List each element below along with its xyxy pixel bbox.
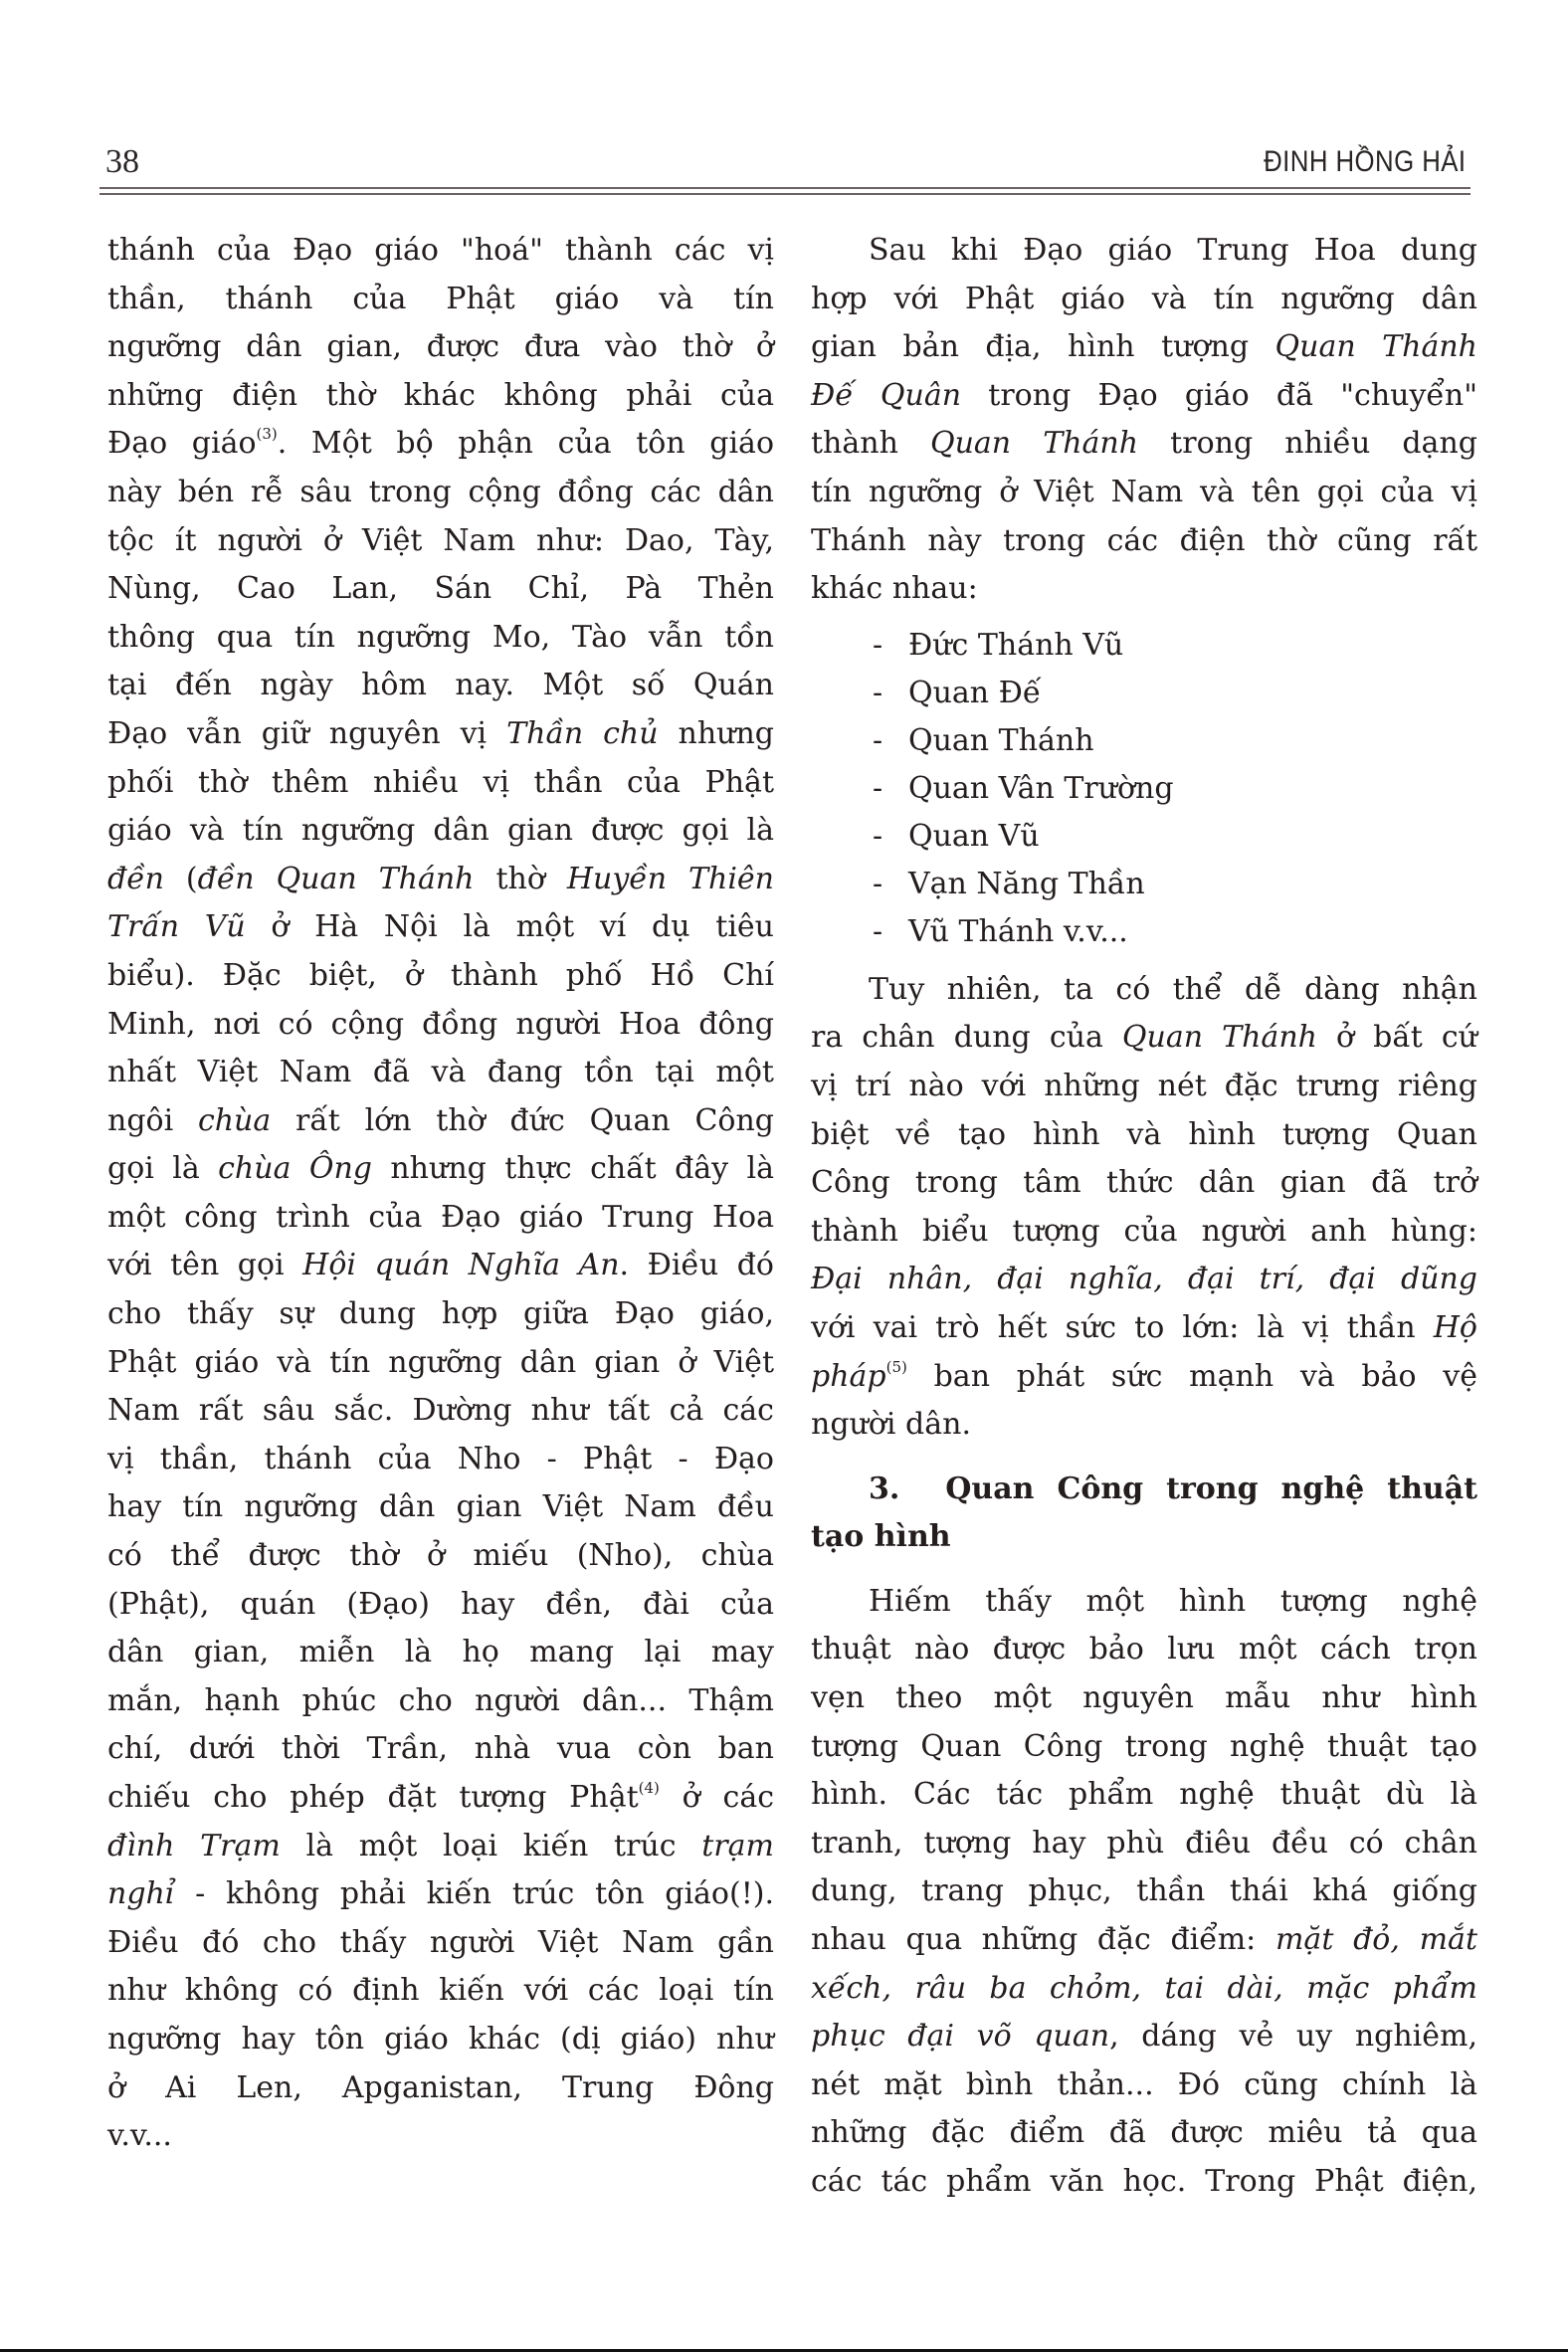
text-line: tranh, tượng hay phù điêu đều có chân bbox=[811, 1820, 1477, 1868]
text-line: nét mặt bình thản... Đó cũng chính là bbox=[811, 2061, 1477, 2110]
text-line: nhau qua những đặc điểm: mặt đỏ, mắt bbox=[811, 1916, 1477, 1965]
text-line-with-footnote: pháp(5) ban phát sức mạnh và bảo vệ bbox=[811, 1353, 1477, 1402]
text-line: thánh của Đạo giáo "hoá" thành các vị bbox=[107, 227, 774, 276]
text-line: giáo và tín ngưỡng dân gian được gọi là bbox=[107, 807, 774, 856]
text-line: thần, thánh của Phật giáo và tín bbox=[107, 276, 774, 324]
text-line: Công trong tâm thức dân gian đã trở bbox=[811, 1159, 1477, 1208]
text-line: Nam rất sâu sắc. Dường như tất cả các bbox=[107, 1387, 774, 1436]
text-line: v.v... bbox=[107, 2112, 774, 2161]
text-line: có thể được thờ ở miếu (Nho), chùa bbox=[107, 1532, 774, 1581]
text-line: phục đại võ quan, dáng vẻ uy nghiêm, bbox=[811, 2013, 1477, 2061]
list-item: -Quan Vân Trường bbox=[811, 765, 1477, 813]
text-line: Đạo vẫn giữ nguyên vị Thần chủ nhưng bbox=[107, 710, 774, 759]
section-heading: 3. Quan Công trong nghệ thuật tạo hình bbox=[811, 1466, 1477, 1562]
dash-bullet-icon: - bbox=[873, 861, 882, 908]
text-line: hình. Các tác phẩm nghệ thuật dù là bbox=[811, 1771, 1477, 1820]
text-line: thuật nào được bảo lưu một cách trọn bbox=[811, 1626, 1477, 1674]
text-line: Đế Quân trong Đạo giáo đã "chuyển" bbox=[811, 372, 1477, 421]
list-item: -Quan Đế bbox=[811, 670, 1477, 717]
section-number: 3. bbox=[869, 1471, 899, 1506]
text-line: các tác phẩm văn học. Trong Phật điện, bbox=[811, 2158, 1477, 2207]
footnote-ref: (5) bbox=[886, 1358, 907, 1376]
text-line-with-footnote: chiếu cho phép đặt tượng Phật(4) ở các bbox=[107, 1774, 774, 1823]
dash-bullet-icon: - bbox=[873, 765, 882, 813]
text-line: vẹn theo một nguyên mẫu như hình bbox=[811, 1674, 1477, 1723]
text-line: gọi là chùa Ông nhưng thực chất đây là bbox=[107, 1145, 774, 1194]
text-line: nghỉ - không phải kiến trúc tôn giáo(!). bbox=[107, 1870, 774, 1919]
dash-bullet-icon: - bbox=[873, 717, 882, 765]
text-line: đền (đền Quan Thánh thờ Huyền Thiên bbox=[107, 856, 774, 904]
text-line: Trấn Vũ ở Hà Nội là một ví dụ tiêu bbox=[107, 903, 774, 952]
text-line: Đại nhân, đại nghĩa, đại trí, đại dũng bbox=[811, 1256, 1477, 1304]
text-line: Điều đó cho thấy người Việt Nam gần bbox=[107, 1919, 774, 1968]
text-line: như không có định kiến với các loại tín bbox=[107, 1967, 774, 2016]
dash-bullet-icon: - bbox=[873, 670, 882, 717]
paragraph-portrait: Tuy nhiên, ta có thể dễ dàng nhận ra châ… bbox=[811, 966, 1477, 1450]
text-line: (Phật), quán (Đạo) hay đền, đài của bbox=[107, 1581, 774, 1630]
text-line: người dân. bbox=[811, 1401, 1477, 1450]
footnote-ref: (4) bbox=[639, 1779, 660, 1797]
footnote-ref: (3) bbox=[257, 425, 278, 443]
text-line: vị thần, thánh của Nho - Phật - Đạo bbox=[107, 1436, 774, 1484]
text-line: xếch, râu ba chỏm, tai dài, mặc phẩm bbox=[811, 1965, 1477, 2014]
text-line: tại đến ngày hôm nay. Một số Quán bbox=[107, 662, 774, 710]
list-item: -Vũ Thánh v.v... bbox=[811, 908, 1477, 956]
dash-bullet-icon: - bbox=[873, 622, 882, 670]
dash-bullet-icon: - bbox=[873, 813, 882, 861]
text-line: mắn, hạnh phúc cho người dân... Thậm bbox=[107, 1677, 774, 1726]
text-line: biểu). Đặc biệt, ở thành phố Hồ Chí bbox=[107, 952, 774, 1001]
text-line: Phật giáo và tín ngưỡng dân gian ở Việt bbox=[107, 1339, 774, 1388]
text-line: nhất Việt Nam đã và đang tồn tại một bbox=[107, 1049, 774, 1097]
text-line: hay tín ngưỡng dân gian Việt Nam đều bbox=[107, 1483, 774, 1532]
text-line: ngưỡng hay tôn giáo khác (dị giáo) như bbox=[107, 2016, 774, 2064]
text-line: khác nhau: bbox=[811, 565, 1477, 614]
text-line-with-footnote: Đạo giáo(3). Một bộ phận của tôn giáo bbox=[107, 420, 774, 469]
page-number: 38 bbox=[105, 143, 139, 181]
list-item: -Đức Thánh Vũ bbox=[811, 622, 1477, 670]
text-line: này bén rễ sâu trong cộng đồng các dân bbox=[107, 469, 774, 517]
text-line: Minh, nơi có cộng đồng người Hoa đông bbox=[107, 1001, 774, 1050]
paragraph-art: Hiếm thấy một hình tượng nghệ thuật nào … bbox=[811, 1578, 1477, 2207]
text-line: thành Quan Thánh trong nhiều dạng bbox=[811, 420, 1477, 469]
names-list: -Đức Thánh Vũ -Quan Đế -Quan Thánh -Quan… bbox=[811, 622, 1477, 956]
section-heading-line: 3. Quan Công trong nghệ thuật bbox=[811, 1466, 1477, 1514]
text-line: thông qua tín ngưỡng Mo, Tào vẫn tồn bbox=[107, 614, 774, 663]
text-line: Nùng, Cao Lan, Sán Chỉ, Pà Thẻn bbox=[107, 565, 774, 614]
text-line: phối thờ thêm nhiều vị thần của Phật bbox=[107, 759, 774, 808]
section-heading-line: tạo hình bbox=[811, 1513, 1477, 1562]
section-title: Quan Công trong nghệ thuật bbox=[945, 1471, 1477, 1506]
text-line: ra chân dung của Quan Thánh ở bất cứ bbox=[811, 1014, 1477, 1063]
text-line: những điện thờ khác không phải của bbox=[107, 372, 774, 421]
list-item: -Quan Thánh bbox=[811, 717, 1477, 765]
text-line: ở Ai Len, Apganistan, Trung Đông bbox=[107, 2064, 774, 2113]
text-line: dân gian, miễn là họ mang lại may bbox=[107, 1629, 774, 1677]
text-line: Hiếm thấy một hình tượng nghệ bbox=[811, 1578, 1477, 1627]
text-line: ngôi chùa rất lớn thờ đức Quan Công bbox=[107, 1097, 774, 1146]
right-column: Sau khi Đạo giáo Trung Hoa dung hợp với … bbox=[811, 227, 1477, 2207]
list-item: -Vạn Năng Thần bbox=[811, 861, 1477, 908]
text-line: với vai trò hết sức to lớn: là vị thần H… bbox=[811, 1304, 1477, 1353]
text-line: vị trí nào với những nét đặc trưng riêng bbox=[811, 1063, 1477, 1111]
text-line: chí, dưới thời Trần, nhà vua còn ban bbox=[107, 1725, 774, 1774]
paragraph-intro: Sau khi Đạo giáo Trung Hoa dung hợp với … bbox=[811, 227, 1477, 614]
left-column: thánh của Đạo giáo "hoá" thành các vị th… bbox=[107, 227, 774, 2161]
text-line: với tên gọi Hội quán Nghĩa An. Điều đó bbox=[107, 1242, 774, 1290]
text-line: tộc ít người ở Việt Nam như: Dao, Tày, bbox=[107, 517, 774, 566]
page-header: 38 ĐINH HỒNG HẢI bbox=[99, 137, 1472, 197]
text-line: Thánh này trong các điện thờ cũng rất bbox=[811, 517, 1477, 566]
text-line: thành biểu tượng của người anh hùng: bbox=[811, 1208, 1477, 1257]
text-line: biệt về tạo hình và hình tượng Quan bbox=[811, 1111, 1477, 1160]
text-line: ngưỡng dân gian, được đưa vào thờ ở bbox=[107, 323, 774, 372]
text-line: tượng Quan Công trong nghệ thuật tạo bbox=[811, 1723, 1477, 1772]
text-line: Sau khi Đạo giáo Trung Hoa dung bbox=[811, 227, 1477, 276]
text-line: đình Trạm là một loại kiến trúc trạm bbox=[107, 1823, 774, 1871]
text-line: Tuy nhiên, ta có thể dễ dàng nhận bbox=[811, 966, 1477, 1015]
dash-bullet-icon: - bbox=[873, 908, 882, 956]
running-head-author: ĐINH HỒNG HẢI bbox=[1265, 145, 1467, 179]
text-line: cho thấy sự dung hợp giữa Đạo giáo, bbox=[107, 1290, 774, 1339]
header-double-rule bbox=[99, 187, 1470, 195]
text-line: những đặc điểm đã được miêu tả qua bbox=[811, 2109, 1477, 2158]
text-line: dung, trang phục, thần thái khá giống bbox=[811, 1867, 1477, 1916]
text-line: một công trình của Đạo giáo Trung Hoa bbox=[107, 1194, 774, 1243]
text-line: gian bản địa, hình tượng Quan Thánh bbox=[811, 323, 1477, 372]
list-item: -Quan Vũ bbox=[811, 813, 1477, 861]
text-line: hợp với Phật giáo và tín ngưỡng dân bbox=[811, 276, 1477, 324]
text-line: tín ngưỡng ở Việt Nam và tên gọi của vị bbox=[811, 469, 1477, 517]
